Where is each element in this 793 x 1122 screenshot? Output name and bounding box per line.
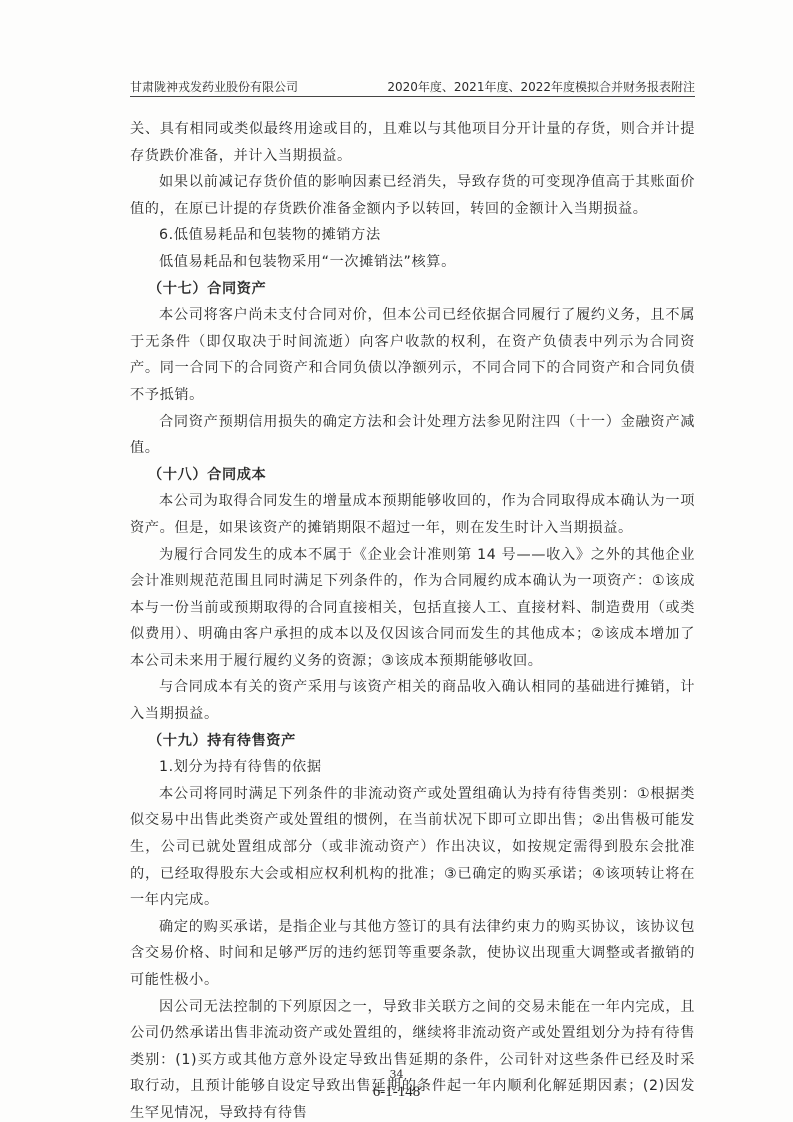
paragraph: 确定的购买承诺，是指企业与其他方签订的具有法律约束力的购买协议，该协议包含交易价… xyxy=(130,914,695,994)
page-number: 34 xyxy=(0,1068,793,1081)
section-heading: （十九）持有待售资产 xyxy=(130,728,695,755)
document-title: 2020年度、2021年度、2022年度模拟合并财务报表附注 xyxy=(387,78,695,95)
document-body: 关、具有相同或类似最终用途或目的，且难以与其他项目分开计量的存货，则合并计提存货… xyxy=(130,116,695,1122)
paragraph: 合同资产预期信用损失的确定方法和会计处理方法参见附注四（十一）金融资产减值。 xyxy=(130,409,695,462)
paragraph: 如果以前减记存货价值的影响因素已经消失，导致存货的可变现净值高于其账面价值的，在… xyxy=(130,169,695,222)
paragraph: 为履行合同发生的成本不属于《企业会计准则第 14 号——收入》之外的其他企业会计… xyxy=(130,542,695,675)
paragraph: 本公司为取得合同发生的增量成本预期能够收回的，作为合同取得成本确认为一项资产。但… xyxy=(130,488,695,541)
subheading: 1.划分为持有待售的依据 xyxy=(130,754,695,781)
section-heading: （十七）合同资产 xyxy=(130,276,695,303)
subheading: 6.低值易耗品和包装物的摊销方法 xyxy=(130,222,695,249)
paragraph: 因公司无法控制的下列原因之一，导致非关联方之间的交易未能在一年内完成，且公司仍然… xyxy=(130,994,695,1122)
section-heading: （十八）合同成本 xyxy=(130,462,695,489)
page-header: 甘肃陇神戎发药业股份有限公司 2020年度、2021年度、2022年度模拟合并财… xyxy=(130,78,695,97)
company-name: 甘肃陇神戎发药业股份有限公司 xyxy=(130,78,298,95)
paragraph: 本公司将同时满足下列条件的非流动资产或处置组确认为持有待售类别：①根据类似交易中… xyxy=(130,781,695,914)
document-code: 6-1-148 xyxy=(0,1084,793,1101)
paragraph: 低值易耗品和包装物采用“一次摊销法”核算。 xyxy=(130,249,695,276)
paragraph: 本公司将客户尚未支付合同对价，但本公司已经依据合同履行了履约义务，且不属于无条件… xyxy=(130,302,695,408)
paragraph: 与合同成本有关的资产采用与该资产相关的商品收入确认相同的基础进行摊销，计入当期损… xyxy=(130,674,695,727)
paragraph: 关、具有相同或类似最终用途或目的，且难以与其他项目分开计量的存货，则合并计提存货… xyxy=(130,116,695,169)
